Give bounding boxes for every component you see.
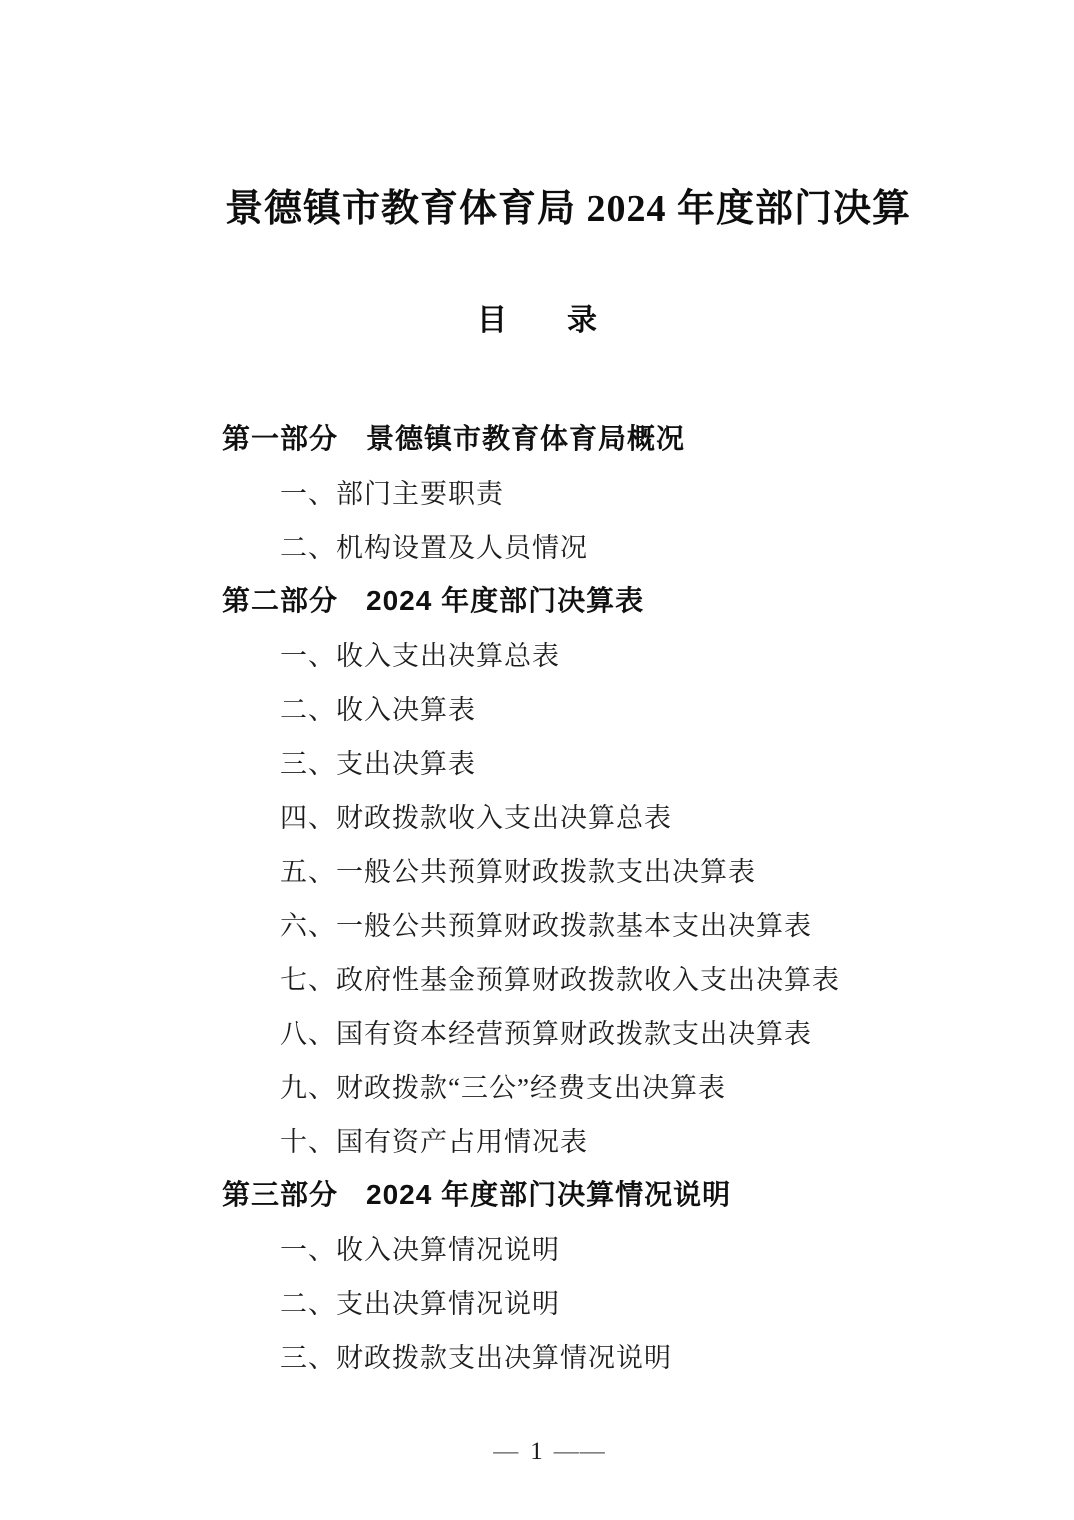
- toc-section-title: 2024 年度部门决算情况说明: [366, 1173, 731, 1213]
- toc-heading: 目 录: [0, 301, 1074, 340]
- toc-item: 二、收入决算表: [222, 680, 1022, 734]
- toc-item: 五、一般公共预算财政拨款支出决算表: [222, 842, 1022, 896]
- toc-section-title: 2024 年度部门决算表: [366, 579, 644, 619]
- toc-item: 八、国有资本经营预算财政拨款支出决算表: [222, 1004, 1022, 1058]
- page-footer: —1——: [0, 1404, 1074, 1500]
- toc-item: 七、政府性基金预算财政拨款收入支出决算表: [222, 950, 1022, 1004]
- table-of-contents: 第一部分 景德镇市教育体育局概况 一、部门主要职责 二、机构设置及人员情况 第二…: [222, 410, 1022, 1382]
- toc-section-heading-3: 第三部分 2024 年度部门决算情况说明: [222, 1166, 1022, 1220]
- toc-section-heading-1: 第一部分 景德镇市教育体育局概况: [222, 410, 1022, 464]
- toc-section-label: 第二部分: [222, 579, 338, 619]
- toc-item: 二、支出决算情况说明: [222, 1274, 1022, 1328]
- toc-item: 三、支出决算表: [222, 734, 1022, 788]
- document-page: 景德镇市教育体育局 2024 年度部门决算 目 录 第一部分 景德镇市教育体育局…: [0, 0, 1074, 1520]
- toc-item: 二、机构设置及人员情况: [222, 518, 1022, 572]
- footer-page-number: 1: [530, 1438, 543, 1465]
- toc-section-heading-2: 第二部分 2024 年度部门决算表: [222, 572, 1022, 626]
- footer-dash-left: —: [493, 1438, 519, 1465]
- toc-section-title: 景德镇市教育体育局概况: [366, 417, 685, 457]
- toc-section-label: 第一部分: [222, 417, 338, 457]
- toc-item: 六、一般公共预算财政拨款基本支出决算表: [222, 896, 1022, 950]
- toc-item: 十、国有资产占用情况表: [222, 1112, 1022, 1166]
- footer-dash-right: ——: [554, 1438, 606, 1465]
- toc-item: 一、收入决算情况说明: [222, 1220, 1022, 1274]
- toc-item: 三、财政拨款支出决算情况说明: [222, 1328, 1022, 1382]
- toc-item: 一、部门主要职责: [222, 464, 1022, 518]
- toc-item: 九、财政拨款“三公”经费支出决算表: [222, 1058, 1022, 1112]
- document-title: 景德镇市教育体育局 2024 年度部门决算: [225, 186, 911, 232]
- toc-section-label: 第三部分: [222, 1173, 338, 1213]
- toc-item: 一、收入支出决算总表: [222, 626, 1022, 680]
- toc-item: 四、财政拨款收入支出决算总表: [222, 788, 1022, 842]
